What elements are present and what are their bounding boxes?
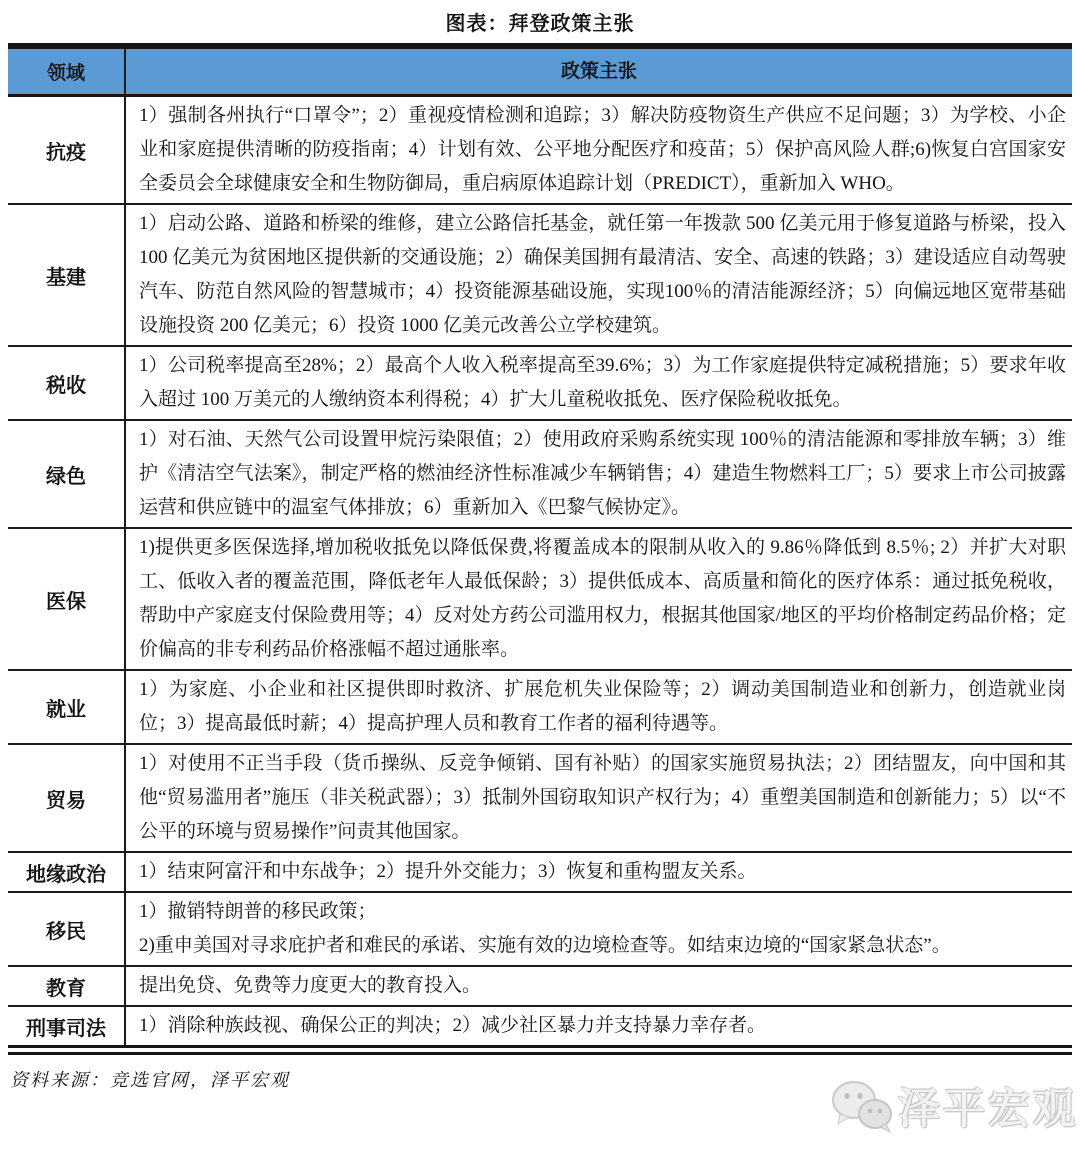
table-row: 教育 提出免贷、免费等力度更大的教育投入。 xyxy=(8,967,1072,1007)
row-policy-text: 1）对石油、天然气公司设置甲烷污染限值；2）使用政府采购系统实现 100％的清洁… xyxy=(126,421,1072,527)
row-field-label: 教育 xyxy=(8,967,126,1005)
row-policy-text: 1）对使用不正当手段（货币操纵、反竞争倾销、国有补贴）的国家实施贸易执法；2）团… xyxy=(126,745,1072,851)
table-row: 绿色 1）对石油、天然气公司设置甲烷污染限值；2）使用政府采购系统实现 100％… xyxy=(8,421,1072,529)
table-row: 刑事司法 1）消除种族歧视、确保公正的判决；2）减少社区暴力并支持暴力幸存者。 xyxy=(8,1007,1072,1045)
row-field-label: 就业 xyxy=(8,671,126,743)
row-field-label: 抗疫 xyxy=(8,97,126,203)
row-policy-text: 提出免贷、免费等力度更大的教育投入。 xyxy=(126,967,1072,1005)
policy-table: 领域 政策主张 抗疫 1）强制各州执行“口罩令”；2）重视疫情检测和追踪；3）解… xyxy=(8,43,1072,1045)
row-policy-text: 1）启动公路、道路和桥梁的维修，建立公路信托基金，就任第一年拨款 500 亿美元… xyxy=(126,205,1072,345)
row-policy-text: 1）消除种族歧视、确保公正的判决；2）减少社区暴力并支持暴力幸存者。 xyxy=(126,1007,1072,1045)
table-row: 税收 1）公司税率提高至28%；2）最高个人收入税率提高至39.6%；3）为工作… xyxy=(8,347,1072,421)
table-row: 移民 1）撤销特朗普的移民政策； 2)重申美国对寻求庇护者和难民的承诺、实施有效… xyxy=(8,893,1072,967)
table-row: 医保 1)提供更多医保选择,增加税收抵免以降低保费,将覆盖成本的限制从收入的 9… xyxy=(8,529,1072,671)
row-field-label: 基建 xyxy=(8,205,126,345)
row-field-label: 刑事司法 xyxy=(8,1007,126,1045)
header-field-column: 领域 xyxy=(8,49,126,94)
row-policy-text: 1）结束阿富汗和中东战争；2）提升外交能力；3）恢复和重构盟友关系。 xyxy=(126,853,1072,891)
table-row: 就业 1）为家庭、小企业和社区提供即时救济、扩展危机失业保险等；2）调动美国制造… xyxy=(8,671,1072,745)
row-field-label: 医保 xyxy=(8,529,126,669)
source-note: 资料来源：竞选官网，泽平宏观 xyxy=(10,1066,1080,1092)
table-header-row: 领域 政策主张 xyxy=(8,49,1072,97)
row-policy-text: 1)提供更多医保选择,增加税收抵免以降低保费,将覆盖成本的限制从收入的 9.86… xyxy=(126,529,1072,669)
page-title: 图表：拜登政策主张 xyxy=(0,0,1080,36)
table-row: 地缘政治 1）结束阿富汗和中东战争；2）提升外交能力；3）恢复和重构盟友关系。 xyxy=(8,853,1072,893)
row-policy-text: 1）强制各州执行“口罩令”；2）重视疫情检测和追踪；3）解决防疫物资生产供应不足… xyxy=(126,97,1072,203)
row-field-label: 绿色 xyxy=(8,421,126,527)
row-policy-text: 1）撤销特朗普的移民政策； 2)重申美国对寻求庇护者和难民的承诺、实施有效的边境… xyxy=(126,893,1072,965)
row-field-label: 移民 xyxy=(8,893,126,965)
table-bottom-border xyxy=(8,1045,1072,1055)
table-row: 基建 1）启动公路、道路和桥梁的维修，建立公路信托基金，就任第一年拨款 500 … xyxy=(8,205,1072,347)
row-field-label: 税收 xyxy=(8,347,126,419)
row-field-label: 贸易 xyxy=(8,745,126,851)
row-policy-text: 1）公司税率提高至28%；2）最高个人收入税率提高至39.6%；3）为工作家庭提… xyxy=(126,347,1072,419)
row-policy-text: 1）为家庭、小企业和社区提供即时救济、扩展危机失业保险等；2）调动美国制造业和创… xyxy=(126,671,1072,743)
table-row: 抗疫 1）强制各州执行“口罩令”；2）重视疫情检测和追踪；3）解决防疫物资生产供… xyxy=(8,97,1072,205)
header-policy-column: 政策主张 xyxy=(126,49,1072,94)
row-field-label: 地缘政治 xyxy=(8,853,126,891)
table-row: 贸易 1）对使用不正当手段（货币操纵、反竞争倾销、国有补贴）的国家实施贸易执法；… xyxy=(8,745,1072,853)
